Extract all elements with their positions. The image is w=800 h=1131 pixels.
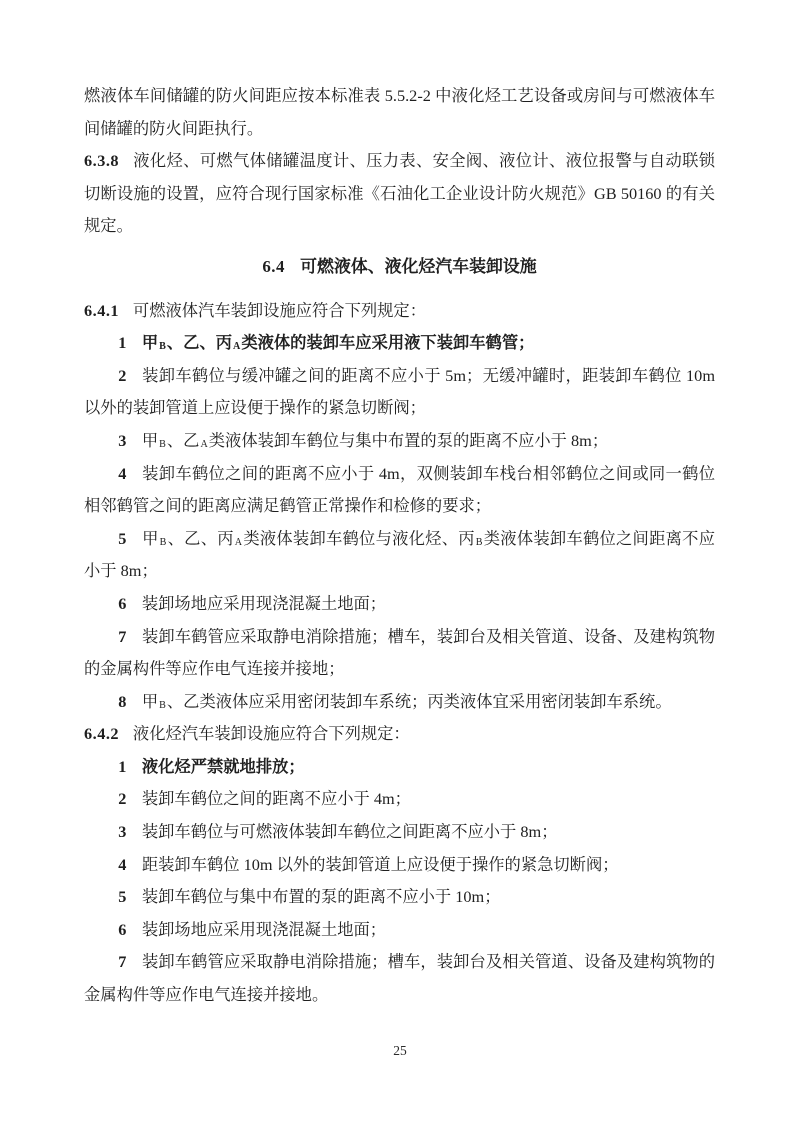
list-item-6-4-1-7: 7装卸车鹤管应采取静电消除措施；槽车，装卸台及相关管道、设备、及建构筑物的金属构… <box>84 621 715 686</box>
paragraph-text: 装卸车鹤位与集中布置的泵的距离不应小于 10m； <box>142 887 501 906</box>
item-number: 6 <box>118 594 126 613</box>
paragraph-text: 燃液体车间储罐的防火间距应按本标准表 5.5.2-2 中液化烃工艺设备或房间与可… <box>84 86 715 138</box>
paragraph-text: 装卸场地应采用现浇混凝土地面； <box>142 920 386 939</box>
list-item-6-4-2-3: 3装卸车鹤位与可燃液体装卸车鹤位之间距离不应小于 8m； <box>84 816 715 849</box>
item-number: 7 <box>118 952 126 971</box>
paragraph-text: 装卸车鹤位之间的距离不应小于 4m，双侧装卸车栈台相邻鹤位之间或同一鹤位相邻鹤管… <box>84 464 715 516</box>
clause-6-4-2: 6.4.2液化烃汽车装卸设施应符合下列规定： <box>84 718 715 751</box>
paragraph-text: 液化烃严禁就地排放； <box>142 757 305 776</box>
clause-number: 6.4.1 <box>84 301 119 320</box>
paragraph-text: 甲B、乙类液体应采用密闭装卸车系统；丙类液体宜采用密闭装卸车系统。 <box>142 692 672 711</box>
item-number: 3 <box>118 822 126 841</box>
paragraph-text: 装卸车鹤位之间的距离不应小于 4m； <box>142 789 411 808</box>
list-item-6-4-2-4: 4距装卸车鹤位 10m 以外的装卸管道上应设便于操作的紧急切断阀； <box>84 849 715 882</box>
document-page: 燃液体车间储罐的防火间距应按本标准表 5.5.2-2 中液化烃工艺设备或房间与可… <box>0 0 800 1131</box>
item-number: 4 <box>118 464 126 483</box>
list-item-6-4-1-5: 5甲B、乙、丙A类液体装卸车鹤位与液化烃、丙B类液体装卸车鹤位之间距离不应小于 … <box>84 523 715 588</box>
list-item-6-4-2-1: 1液化烃严禁就地排放； <box>84 751 715 784</box>
section-heading-6-4: 6.4可燃液体、液化烃汽车装卸设施 <box>84 251 715 284</box>
clause-number: 6.3.8 <box>84 151 119 170</box>
paragraph-text: 液化烃汽车装卸设施应符合下列规定： <box>133 724 410 743</box>
liquid-class-subscript: A <box>233 341 240 352</box>
page-number: 25 <box>0 1043 800 1059</box>
item-number: 2 <box>118 366 126 385</box>
item-number: 2 <box>118 789 126 808</box>
paragraph-text: 装卸场地应采用现浇混凝土地面； <box>142 594 386 613</box>
list-item-6-4-1-8: 8甲B、乙类液体应采用密闭装卸车系统；丙类液体宜采用密闭装卸车系统。 <box>84 686 715 719</box>
liquid-class-subscript: A <box>235 537 242 548</box>
list-item-6-4-1-4: 4装卸车鹤位之间的距离不应小于 4m，双侧装卸车栈台相邻鹤位之间或同一鹤位相邻鹤… <box>84 458 715 523</box>
item-number: 1 <box>118 757 126 776</box>
paragraph-text: 液化烃、可燃气体储罐温度计、压力表、安全阀、液位计、液位报警与自动联锁切断设施的… <box>84 151 715 235</box>
paragraph-text: 装卸车鹤管应采取静电消除措施；槽车，装卸台及相关管道、设备及建构筑物的金属构件等… <box>84 952 715 1004</box>
paragraph-text: 距装卸车鹤位 10m 以外的装卸管道上应设便于操作的紧急切断阀； <box>142 855 619 874</box>
item-number: 1 <box>118 333 126 352</box>
body-paragraph-continuation: 燃液体车间储罐的防火间距应按本标准表 5.5.2-2 中液化烃工艺设备或房间与可… <box>84 80 715 145</box>
liquid-class-subscript: B <box>159 341 166 352</box>
paragraph-text: 甲B、乙A类液体装卸车鹤位与集中布置的泵的距离不应小于 8m； <box>142 431 608 450</box>
clause-6-4-1: 6.4.1可燃液体汽车装卸设施应符合下列规定： <box>84 295 715 328</box>
liquid-class-subscript: B <box>159 700 166 711</box>
item-number: 4 <box>118 855 126 874</box>
list-item-6-4-2-2: 2装卸车鹤位之间的距离不应小于 4m； <box>84 783 715 816</box>
item-number: 8 <box>118 692 126 711</box>
liquid-class-subscript: B <box>476 537 483 548</box>
list-item-6-4-1-3: 3甲B、乙A类液体装卸车鹤位与集中布置的泵的距离不应小于 8m； <box>84 425 715 458</box>
list-item-6-4-1-1: 1甲B、乙、丙A类液体的装卸车应采用液下装卸车鹤管； <box>84 327 715 360</box>
clause-number: 6.4 <box>262 257 285 276</box>
paragraph-text: 装卸车鹤管应采取静电消除措施；槽车，装卸台及相关管道、设备、及建构筑物的金属构件… <box>84 627 715 679</box>
item-number: 6 <box>118 920 126 939</box>
paragraph-text: 可燃液体汽车装卸设施应符合下列规定： <box>133 301 426 320</box>
list-item-6-4-2-6: 6装卸场地应采用现浇混凝土地面； <box>84 914 715 947</box>
liquid-class-subscript: A <box>200 439 207 450</box>
liquid-class-subscript: B <box>159 439 166 450</box>
item-number: 5 <box>118 529 126 548</box>
item-number: 7 <box>118 627 126 646</box>
clause-6-3-8: 6.3.8液化烃、可燃气体储罐温度计、压力表、安全阀、液位计、液位报警与自动联锁… <box>84 145 715 243</box>
list-item-6-4-1-6: 6装卸场地应采用现浇混凝土地面； <box>84 588 715 621</box>
item-number: 5 <box>118 887 126 906</box>
clause-number: 6.4.2 <box>84 724 119 743</box>
paragraph-text: 装卸车鹤位与缓冲罐之间的距离不应小于 5m；无缓冲罐时，距装卸车鹤位 10m 以… <box>84 366 715 418</box>
liquid-class-subscript: B <box>160 537 167 548</box>
list-item-6-4-2-7: 7装卸车鹤管应采取静电消除措施；槽车，装卸台及相关管道、设备及建构筑物的金属构件… <box>84 946 715 1011</box>
paragraph-text: 甲B、乙、丙A类液体装卸车鹤位与液化烃、丙B类液体装卸车鹤位之间距离不应小于 8… <box>84 529 715 581</box>
paragraph-text: 甲B、乙、丙A类液体的装卸车应采用液下装卸车鹤管； <box>142 333 535 352</box>
list-item-6-4-1-2: 2装卸车鹤位与缓冲罐之间的距离不应小于 5m；无缓冲罐时，距装卸车鹤位 10m … <box>84 360 715 425</box>
document-blocks: 燃液体车间储罐的防火间距应按本标准表 5.5.2-2 中液化烃工艺设备或房间与可… <box>0 0 800 1012</box>
list-item-6-4-2-5: 5装卸车鹤位与集中布置的泵的距离不应小于 10m； <box>84 881 715 914</box>
paragraph-text: 可燃液体、液化烃汽车装卸设施 <box>300 257 536 276</box>
paragraph-text: 装卸车鹤位与可燃液体装卸车鹤位之间距离不应小于 8m； <box>142 822 558 841</box>
item-number: 3 <box>118 431 126 450</box>
